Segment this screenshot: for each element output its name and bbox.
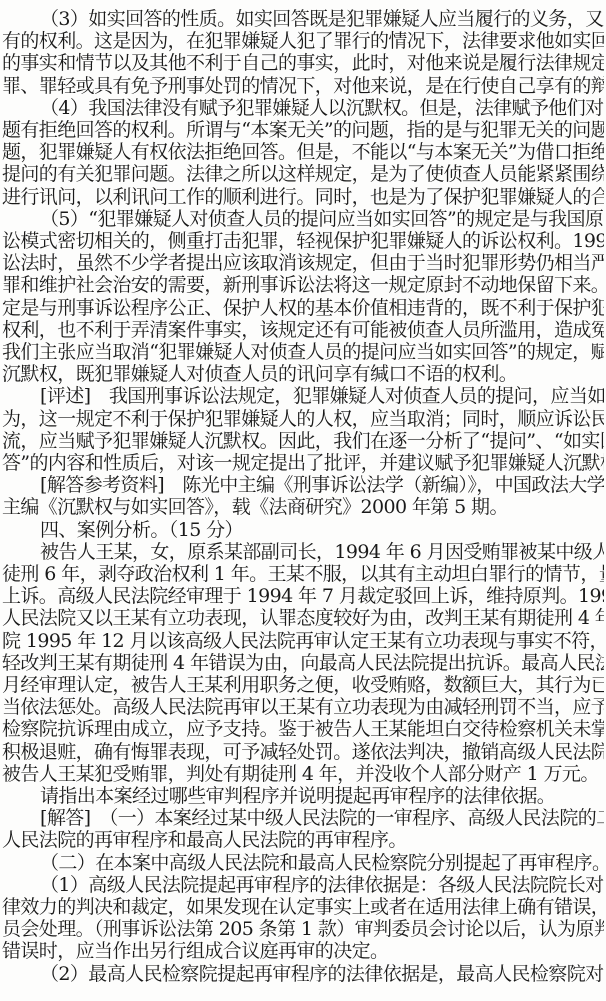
text-line: （2）最高人民检察院提起再审程序的法律依据是，最高人民检察院对各级人民法院已: [40, 961, 604, 988]
scanned-document-page: （3）如实回答的性质。如实回答既是犯罪嫌疑人应当履行的义务，又是犯罪嫌疑人享有的…: [0, 0, 606, 1001]
